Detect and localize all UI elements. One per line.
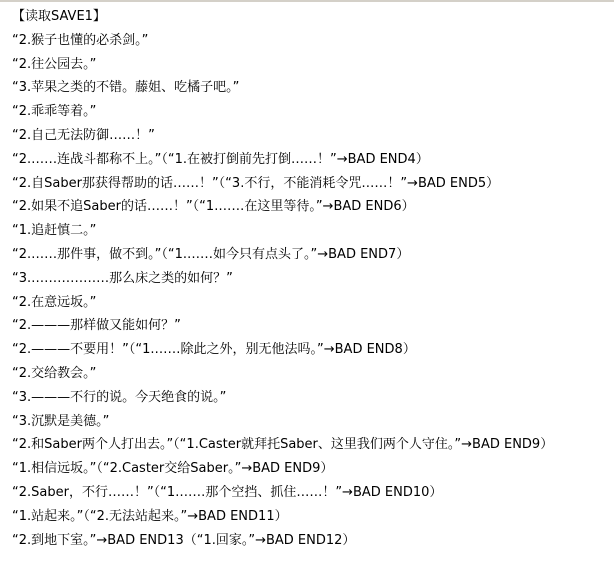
choice-line: “2.往公园去。” [12,53,614,77]
document-title: 【读取SAVE1】 [12,5,614,29]
choice-line: “3.苹果之类的不错。藤姐、吃橘子吧。” [12,76,614,100]
choice-line: “2.———不要用！”（“1.……除此之外，别无他法吗。”→BAD END8） [12,338,614,362]
choice-line: “2.到地下室。”→BAD END13（“1.回家。”→BAD END12） [12,529,614,553]
choice-line: “2.Saber，不行……！”（“1.……那个空挡、抓住……！”→BAD END… [12,481,614,505]
choice-line: “2.———那样做又能如何？” [12,314,614,338]
choice-line: “2.自己无法防御……！” [12,124,614,148]
choice-line: “1.站起来。”（“2.无法站起来。”→BAD END11） [12,505,614,529]
choice-line: “1.追赶慎二。” [12,219,614,243]
choice-line: “2.……那件事，做不到。”（“1.……如今只有点头了。”→BAD END7） [12,243,614,267]
choice-line: “2.乖乖等着。” [12,100,614,124]
choice-line: “3.………………那么床之类的如何？” [12,267,614,291]
choice-line: “3.沉默是美德。” [12,410,614,434]
choice-line: “1.相信远坂。”（“2.Caster交给Saber。”→BAD END9） [12,457,614,481]
choice-line: “2.交给教会。” [12,362,614,386]
choice-line: “2.在意远坂。” [12,291,614,315]
choice-line: “2.如果不追Saber的话……！”（“1.……在这里等待。”→BAD END6… [12,195,614,219]
choice-line: “2.自Saber那获得帮助的话……！”（“3.不行，不能消耗令咒……！”→BA… [12,172,614,196]
choice-line: “2.和Saber两个人打出去。”（“1.Caster就拜托Saber、这里我们… [12,433,614,457]
walkthrough-document: 【读取SAVE1】 “2.猴子也懂的必杀剑。” “2.往公园去。” “3.苹果之… [0,2,614,552]
choice-line: “2.猴子也懂的必杀剑。” [12,29,614,53]
choice-line: “3.———不行的说。今天绝食的说。” [12,386,614,410]
choice-line: “2.……连战斗都称不上。”（“1.在被打倒前先打倒……！”→BAD END4） [12,148,614,172]
